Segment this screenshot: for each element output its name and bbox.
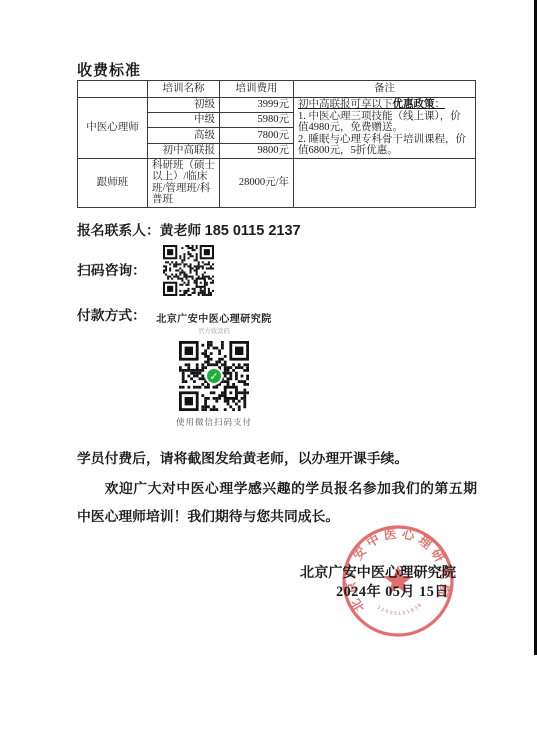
contact-phone: 185 0115 2137 — [205, 223, 301, 239]
header-group — [78, 81, 148, 98]
fee-table: 培训名称 培训费用 备注 中医心理师 初级 3999元 初中高联报可享以下优惠政… — [77, 80, 476, 208]
notes-title: 初中高联报可享以下优惠政策： — [298, 99, 445, 110]
table-row: 中医心理师 初级 3999元 初中高联报可享以下优惠政策： 1. 中医心理三项技… — [78, 98, 476, 113]
course-name: 科研班（硕士以上）/临床班/管理班/科普班 — [148, 158, 220, 207]
course-name: 初中高联报 — [148, 143, 220, 158]
course-name: 中级 — [148, 113, 220, 128]
header-name: 培训名称 — [148, 81, 220, 98]
group-cell-tcm-psychologist: 中医心理师 — [78, 98, 148, 159]
notes-cell: 初中高联报可享以下优惠政策： 1. 中医心理三项技能（线上课），价值4980元，… — [294, 98, 476, 159]
paragraph-after-payment: 学员付费后，请将截图发给黄老师，以办理开课手续。 — [77, 447, 487, 467]
signature-block: 北京广安中医心理研究院 2024年 05月 15日 — [250, 564, 456, 602]
signature-date: 2024年 05月 15日 — [250, 583, 449, 602]
contact-line: 报名联系人：黄老师 185 0115 2137 — [77, 219, 301, 239]
header-fee: 培训费用 — [220, 81, 294, 98]
scan-consult-label: 扫码咨询： — [77, 259, 146, 279]
consult-qr-canvas — [163, 245, 214, 296]
course-fee: 28000元/年 — [220, 158, 294, 207]
payment-caption: 使用微信扫码支付 — [133, 416, 295, 428]
notes-item-2: 2. 睡眠与心理专科骨干培训课程，价值6800元，5折优惠。 — [298, 134, 471, 157]
course-fee: 5980元 — [220, 113, 294, 128]
payment-org-title: 北京广安中医心理研究院 — [133, 310, 295, 325]
notes-cell-empty — [294, 158, 476, 207]
course-name: 初级 — [148, 98, 220, 113]
signature-org: 北京广安中医心理研究院 — [250, 564, 456, 583]
course-fee: 9800元 — [220, 143, 294, 158]
contact-label: 报名联系人： — [77, 223, 160, 238]
course-name: 高级 — [148, 128, 220, 143]
header-notes: 备注 — [294, 81, 476, 98]
table-row: 跟师班 科研班（硕士以上）/临床班/管理班/科普班 28000元/年 — [78, 158, 476, 207]
notes-item-1: 1. 中医心理三项技能（线上课），价值4980元，免费赠送。 — [298, 111, 471, 134]
table-header-row: 培训名称 培训费用 备注 — [78, 81, 476, 98]
payment-block: 北京广安中医心理研究院 官方收款码 ✓ 使用微信扫码支付 — [133, 310, 295, 428]
group-cell-mentor-class: 跟师班 — [78, 158, 148, 207]
course-fee: 3999元 — [220, 98, 294, 113]
course-fee: 7800元 — [220, 128, 294, 143]
payment-subtitle: 官方收款码 — [141, 327, 287, 336]
page-title: 收费标准 — [77, 59, 141, 80]
wechat-icon: ✓ — [205, 367, 223, 385]
payment-qr-code: ✓ — [179, 341, 249, 411]
contact-teacher: 黄老师 — [160, 223, 201, 238]
consult-qr-code — [163, 245, 214, 296]
scan-edge-artifact — [534, 0, 537, 655]
